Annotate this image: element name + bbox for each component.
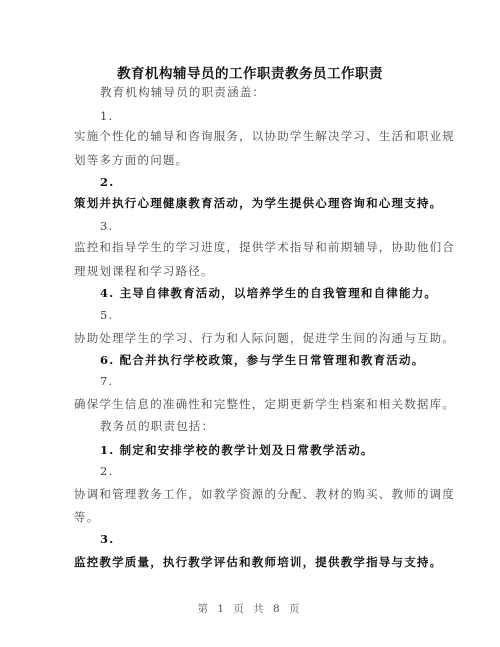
paragraph-line: 2. [100,464,113,478]
paragraph-line: 1. [100,109,113,123]
paragraph-line: 确保学生信息的准确性和完整性，定期更新学生档案和相关数据库。 [74,396,455,412]
paragraph-line: 3. [100,219,113,233]
paragraph-line: 等。 [74,509,99,525]
paragraph-line: 策划并执行心理健康教育活动，为学生提供心理咨询和心理支持。 [74,195,442,211]
paragraph-line: 2. [100,175,114,189]
paragraph-line: 教育机构辅导员的职责涵盖： [100,84,265,100]
paragraph-line: 实施个性化的辅导和咨询服务，以协助学生解决学习、生活和职业规 [74,128,455,144]
paragraph-line: 协调和管理教务工作，如教学资源的分配、教材的购买、教师的调度 [74,486,455,502]
paragraph-line: 划等多方面的问题。 [74,152,188,168]
paragraph-line: 监控教学质量，执行教学评估和教师培训，提供教学指导与支持。 [74,554,442,570]
paragraph-line: 3. [100,532,114,546]
paragraph-line: 6. 配合并执行学校政策，参与学生日常管理和教育活动。 [100,352,424,368]
paragraph-line: 监控和指导学生的学习进度，提供学术指导和前期辅导，协助他们合 [74,239,455,255]
paragraph-line: 5. [100,308,113,322]
paragraph-line: 理规划课程和学习路径。 [74,263,214,279]
paragraph-line: 协助处理学生的学习、行为和人际问题，促进学生间的沟通与互助。 [74,330,455,346]
page-footer: 第 1 页 共 8 页 [0,601,500,616]
paragraph-line: 4. 主导自律教育活动，以培养学生的自我管理和自律能力。 [100,285,437,301]
document-title: 教育机构辅导员的工作职责教务员工作职责 [0,62,500,82]
paragraph-line: 1. 制定和安排学校的教学计划及日常教学活动。 [100,442,374,458]
paragraph-line: 教务员的职责包括： [100,418,214,434]
paragraph-line: 7. [100,374,113,388]
